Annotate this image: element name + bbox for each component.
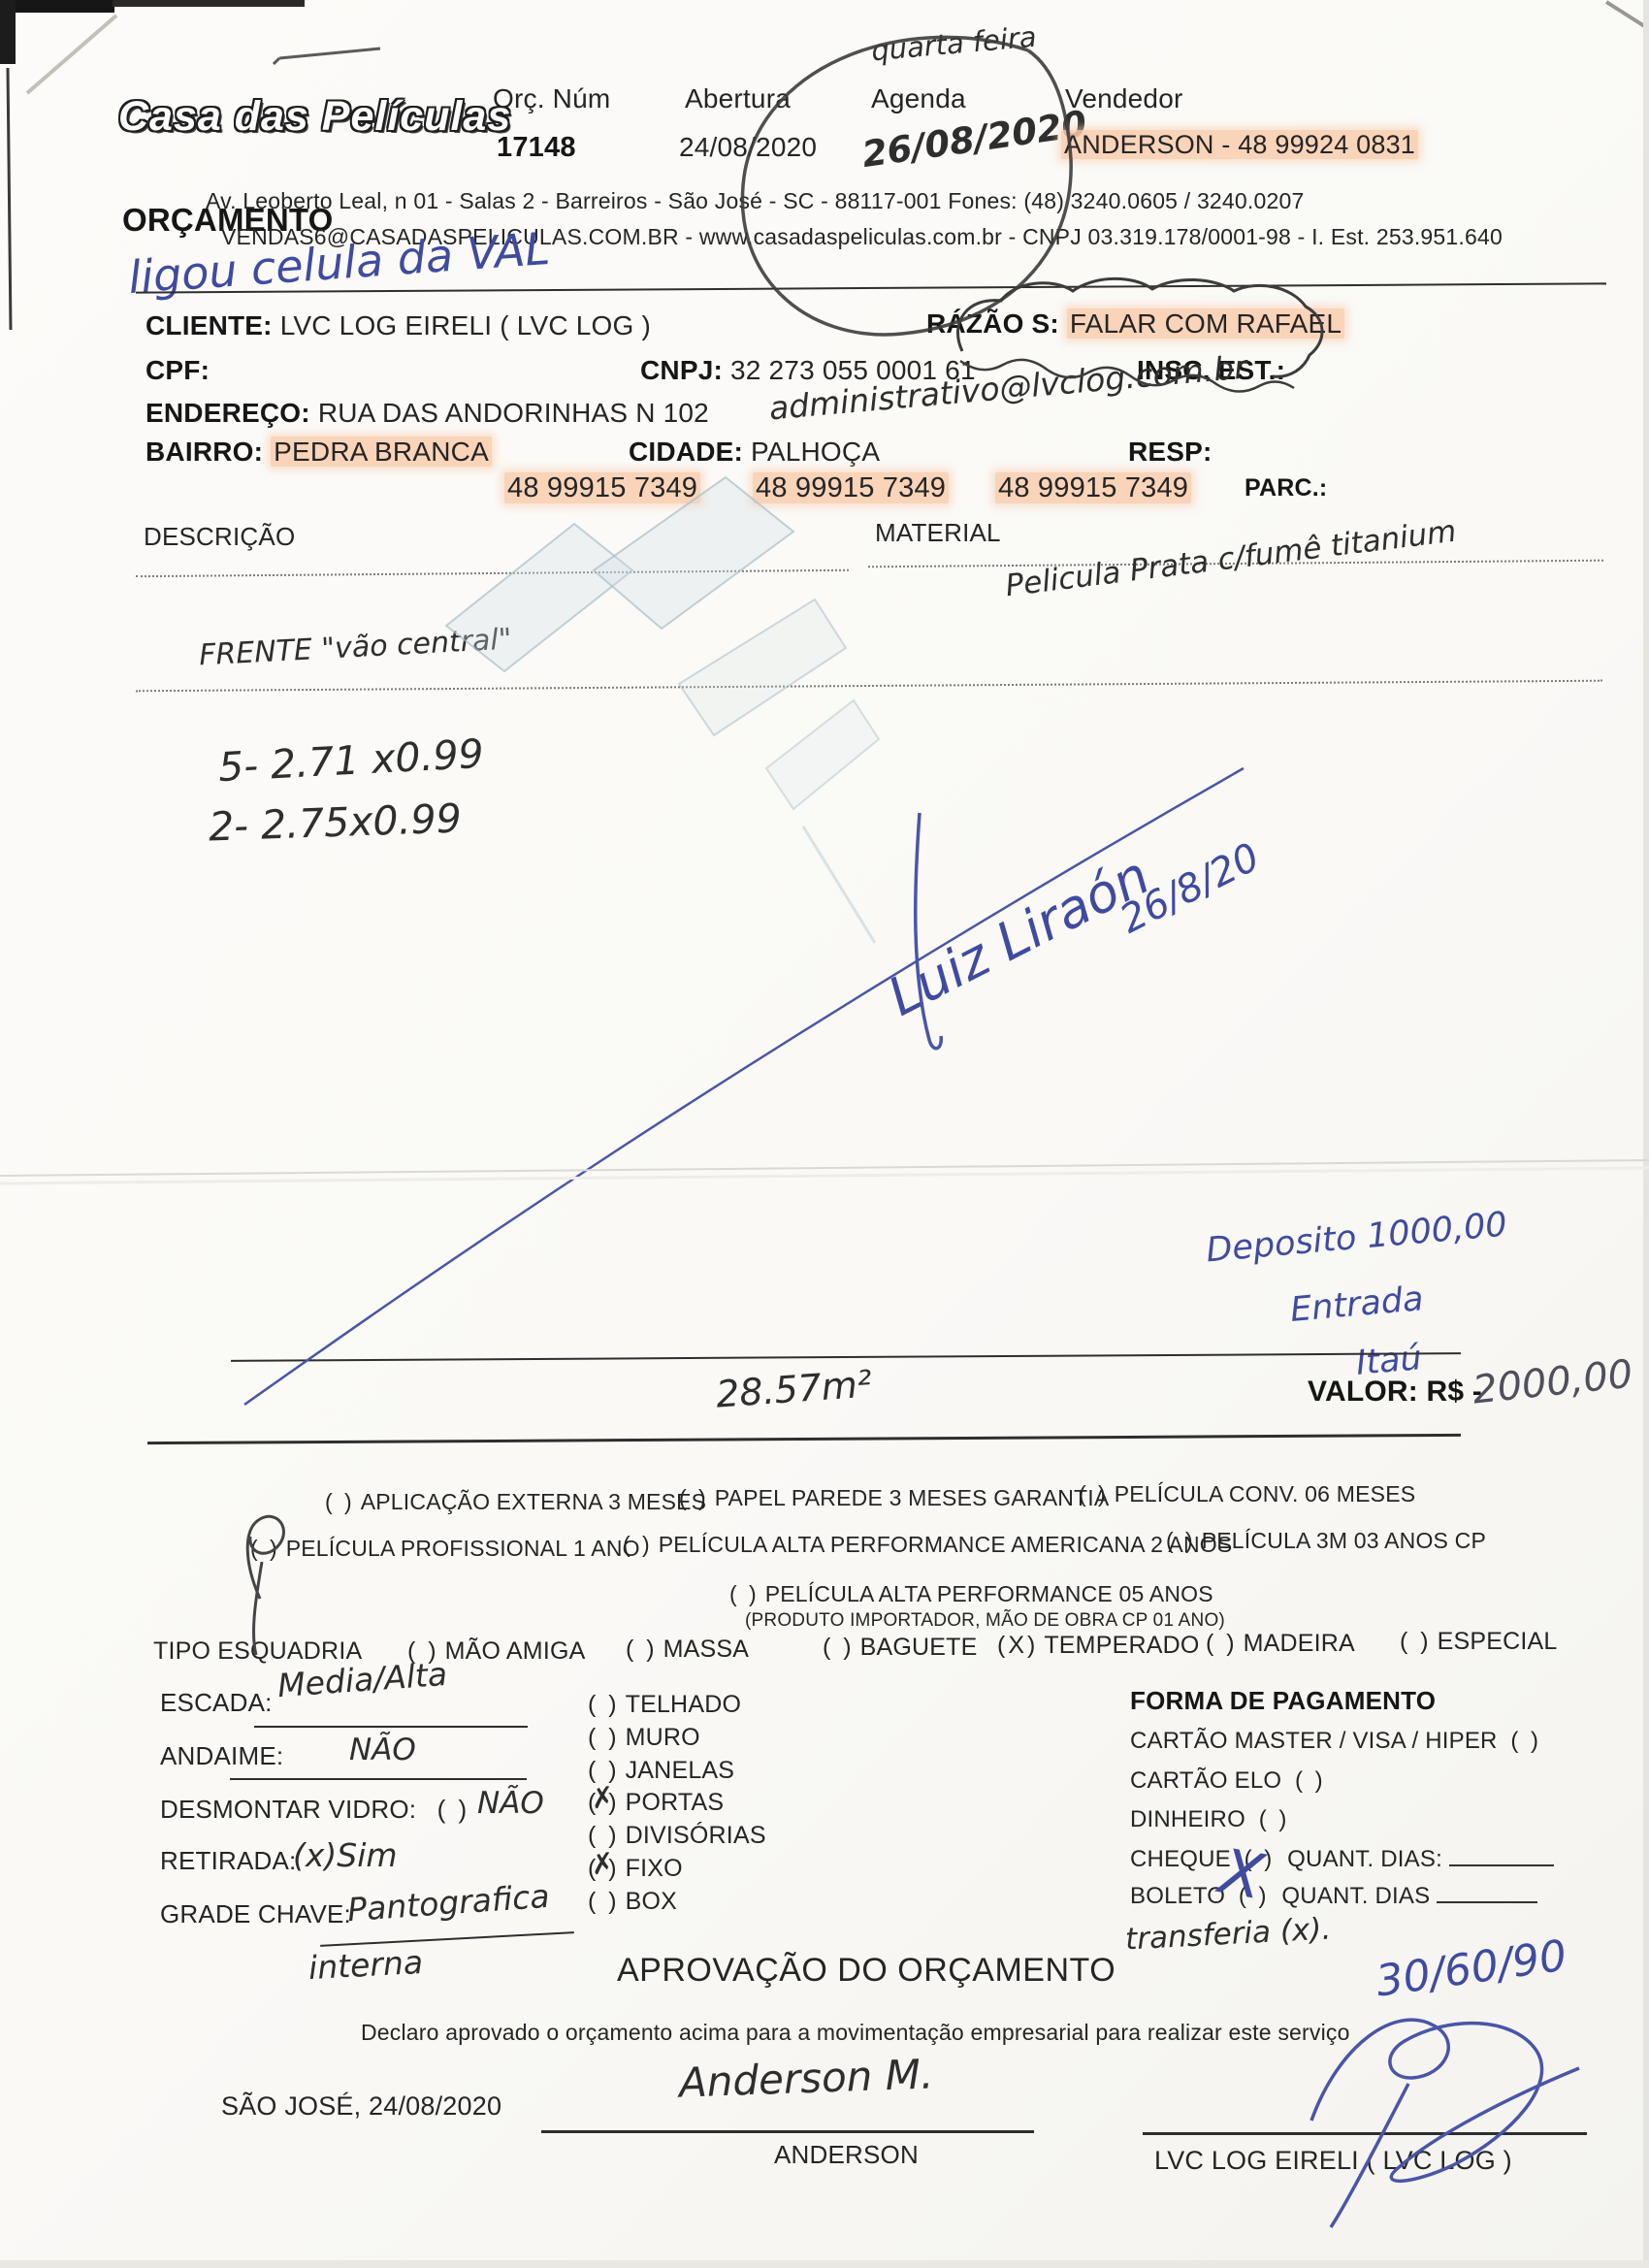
- g7-checkbox: ( ): [729, 1581, 760, 1606]
- cheque-label: CHEQUE: [1130, 1846, 1231, 1872]
- fixo-label: FIXO: [626, 1855, 683, 1882]
- esq-madeira-label: MADEIRA: [1244, 1630, 1355, 1657]
- cpf-label: CPF:: [145, 355, 210, 386]
- esquadria-label: TIPO ESQUADRIA: [153, 1637, 362, 1666]
- valor-line-bottom: [147, 1434, 1461, 1444]
- transferencia-handwriting: transferia (x).: [1124, 1911, 1332, 1957]
- material-handwriting: Pelicula Prata c/fumê titanium: [1004, 514, 1459, 604]
- g7-label: PELÍCULA ALTA PERFORMANCE 05 ANOS: [765, 1581, 1213, 1606]
- desmontar-label: DESMONTAR VIDRO:: [160, 1795, 416, 1824]
- g5-label: PELÍCULA ALTA PERFORMANCE AMERICANA 2 AN…: [659, 1532, 1233, 1557]
- esq-baguete-label: BAGUETE: [860, 1634, 978, 1661]
- esq-temperado-label: TEMPERADO: [1044, 1632, 1199, 1659]
- portas-x-mark: ✗: [589, 1779, 617, 1815]
- g4-checkbox: ( ): [250, 1536, 280, 1561]
- cliente-value: LVC LOG EIRELI ( LVC LOG ): [280, 310, 651, 340]
- fixo-x-mark: ✗: [589, 1845, 617, 1881]
- dinheiro-label: DINHEIRO: [1130, 1806, 1245, 1832]
- pencil-dash-mark: [274, 49, 380, 64]
- signature2-name: LVC LOG EIRELI ( LVC LOG ): [1154, 2146, 1512, 2176]
- g4-label: PELÍCULA PROFISSIONAL 1 ANO: [286, 1536, 640, 1561]
- andaime-label: ANDAIME:: [160, 1741, 283, 1771]
- anderson-signature-handwriting: Anderson M.: [678, 2050, 934, 2106]
- descricao-rule: [136, 569, 849, 577]
- row-rule: [136, 680, 1602, 693]
- g6-label: PELÍCULA 3M 03 ANOS CP: [1202, 1528, 1486, 1553]
- razao-value: FALAR COM RAFAEL: [1067, 308, 1344, 339]
- andaime-line: [230, 1778, 527, 1780]
- g2-label: PAPEL PAREDE 3 MESES GARANTIA: [715, 1485, 1110, 1510]
- andaime-value-handwriting: NÃO: [349, 1733, 416, 1767]
- endereco-label: ENDEREÇO:: [145, 398, 310, 428]
- boleto-label: BOLETO: [1130, 1883, 1225, 1909]
- parc-label: PARC.:: [1245, 474, 1327, 502]
- esq-baguete-checkbox: ( ): [823, 1634, 855, 1661]
- agenda-circle-pen: [742, 37, 1071, 335]
- cartao-master-checkbox: ( ): [1510, 1728, 1541, 1754]
- fone3: 48 99915 7349: [995, 472, 1191, 503]
- grade-chave-value-handwriting: Pantografica: [346, 1877, 551, 1928]
- escada-line: [254, 1726, 528, 1728]
- portas-label: PORTAS: [626, 1789, 725, 1816]
- desmontar-value-handwriting: NÃO: [477, 1786, 544, 1821]
- divisorias-checkbox: ( ): [588, 1822, 620, 1849]
- orc-num-value: 17148: [497, 132, 576, 164]
- cheque-quant-label: QUANT. DIAS:: [1287, 1846, 1442, 1872]
- grade-chave-line: [320, 1931, 574, 1947]
- g2-checkbox: ( ): [679, 1485, 709, 1510]
- esq-massa-label: MASSA: [663, 1636, 750, 1663]
- g7-sublabel: (PRODUTO IMPORTADOR, MÃO DE OBRA CP 01 A…: [745, 1610, 1225, 1632]
- bairro-value: PEDRA BRANCA: [271, 437, 492, 467]
- esq-especial-checkbox: ( ): [1400, 1628, 1432, 1655]
- cartao-elo-checkbox: ( ): [1295, 1767, 1326, 1794]
- cliente-label: CLIENTE:: [145, 310, 273, 340]
- ghost-sketch-shapes: [446, 477, 879, 943]
- esq-temperado-checkbox: (X): [997, 1632, 1038, 1659]
- g1-label: APLICAÇÃO EXTERNA 3 MESES: [361, 1489, 707, 1514]
- cidade-value: PALHOÇA: [751, 437, 880, 467]
- valor-line-top: [231, 1352, 1461, 1362]
- signature2-line: [1143, 2132, 1587, 2135]
- muro-checkbox: ( ): [588, 1724, 620, 1751]
- box-checkbox: ( ): [588, 1888, 620, 1915]
- grade-chave-value2-handwriting: interna: [307, 1943, 424, 1987]
- vendedor-label: Vendedor: [1065, 83, 1183, 114]
- signature1-name: ANDERSON: [774, 2140, 919, 2170]
- fone1: 48 99915 7349: [504, 472, 700, 503]
- desmontar-checkbox: ( ): [437, 1795, 470, 1824]
- cheque-quant-line: [1449, 1845, 1554, 1866]
- abertura-label: Abertura: [685, 83, 791, 114]
- razao-label: RÁZÃO S:: [926, 308, 1059, 339]
- descricao-handwriting: FRENTE "vão central": [198, 623, 512, 673]
- retirada-label: RETIRADA:: [160, 1846, 296, 1876]
- g1-checkbox: ( ): [325, 1489, 355, 1514]
- escada-label: ESCADA:: [160, 1688, 273, 1718]
- company-logo: Casa das Películas: [118, 93, 511, 141]
- material-label: MATERIAL: [875, 518, 1001, 548]
- fone2: 48 99915 7349: [753, 472, 949, 503]
- agenda-weekday-handwriting: quarta feira: [870, 20, 1038, 68]
- pagamento-title: FORMA DE PAGAMENTO: [1130, 1686, 1436, 1716]
- lvc-signature-scribble: [1311, 2020, 1579, 2227]
- g5-checkbox: ( ): [623, 1532, 653, 1557]
- bairro-label: BAIRRO:: [145, 437, 263, 467]
- deposito-handwriting: Deposito 1000,00: [1205, 1206, 1508, 1271]
- mid-signature-handwriting: Luiz Liraón: [879, 845, 1159, 1028]
- esq-massa-checkbox: ( ): [626, 1636, 658, 1663]
- telhado-label: TELHADO: [626, 1691, 741, 1718]
- box-label: BOX: [626, 1888, 677, 1915]
- boleto-quant-label: QUANT. DIAS: [1281, 1883, 1430, 1909]
- area-handwriting: 28.57m²: [715, 1362, 874, 1415]
- cidade-label: CIDADE:: [629, 437, 743, 467]
- divisorias-label: DIVISÓRIAS: [626, 1822, 766, 1849]
- g6-checkbox: ( ): [1166, 1528, 1196, 1553]
- esq-mao-amiga-label: MÃO AMIGA: [445, 1637, 586, 1665]
- orc-num-label: Orç. Núm: [493, 83, 610, 114]
- medida2-handwriting: 2- 2.75x0.99: [208, 794, 462, 850]
- agenda-label: Agenda: [871, 83, 966, 114]
- esq-madeira-checkbox: ( ): [1206, 1630, 1238, 1657]
- vendedor-value: ANDERSON - 48 99924 0831: [1061, 130, 1418, 159]
- boleto-quant-line: [1437, 1882, 1537, 1903]
- entrada-handwriting: Entrada: [1289, 1280, 1425, 1330]
- cartao-master-label: CARTÃO MASTER / VISA / HIPER: [1130, 1728, 1498, 1754]
- muro-label: MURO: [626, 1724, 700, 1751]
- aprovacao-declaracao: Declaro aprovado o orçamento acima para …: [361, 2020, 1350, 2046]
- resp-label: RESP:: [1128, 437, 1212, 468]
- esq-especial-label: ESPECIAL: [1438, 1628, 1558, 1655]
- telhado-checkbox: ( ): [588, 1691, 620, 1718]
- medida1-handwriting: 5- 2.71 x0.99: [217, 730, 485, 791]
- cartao-elo-label: CARTÃO ELO: [1130, 1767, 1281, 1794]
- address-line1: Av. Leoberto Leal, n 01 - Salas 2 - Barr…: [206, 188, 1304, 214]
- aprovacao-title: APROVAÇÃO DO ORÇAMENTO: [617, 1952, 1115, 1990]
- g3-label: PELÍCULA CONV. 06 MESES: [1115, 1481, 1416, 1507]
- cnpj-label: CNPJ:: [640, 355, 723, 385]
- local-data: SÃO JOSÉ, 24/08/2020: [221, 2091, 501, 2122]
- abertura-value: 24/08/2020: [679, 132, 817, 163]
- signature1-line: [541, 2130, 1034, 2133]
- grade-chave-label: GRADE CHAVE:: [160, 1899, 351, 1929]
- g3-checkbox: ( ): [1079, 1481, 1109, 1507]
- dinheiro-checkbox: ( ): [1259, 1806, 1290, 1832]
- descricao-label: DESCRIÇÃO: [144, 522, 295, 552]
- parcelas-handwriting: 30/60/90: [1373, 1930, 1569, 2006]
- endereco-value: RUA DAS ANDORINHAS N 102: [318, 398, 709, 428]
- valor-handwriting: 2000,00: [1471, 1351, 1634, 1412]
- janelas-label: JANELAS: [626, 1757, 735, 1784]
- valor-label: VALOR: R$ -: [1308, 1376, 1482, 1409]
- scanned-orcamento-page: Casa das Películas ORÇAMENTO Orç. Núm 17…: [0, 0, 1649, 2268]
- retirada-value-handwriting: (x)Sim: [293, 1836, 398, 1874]
